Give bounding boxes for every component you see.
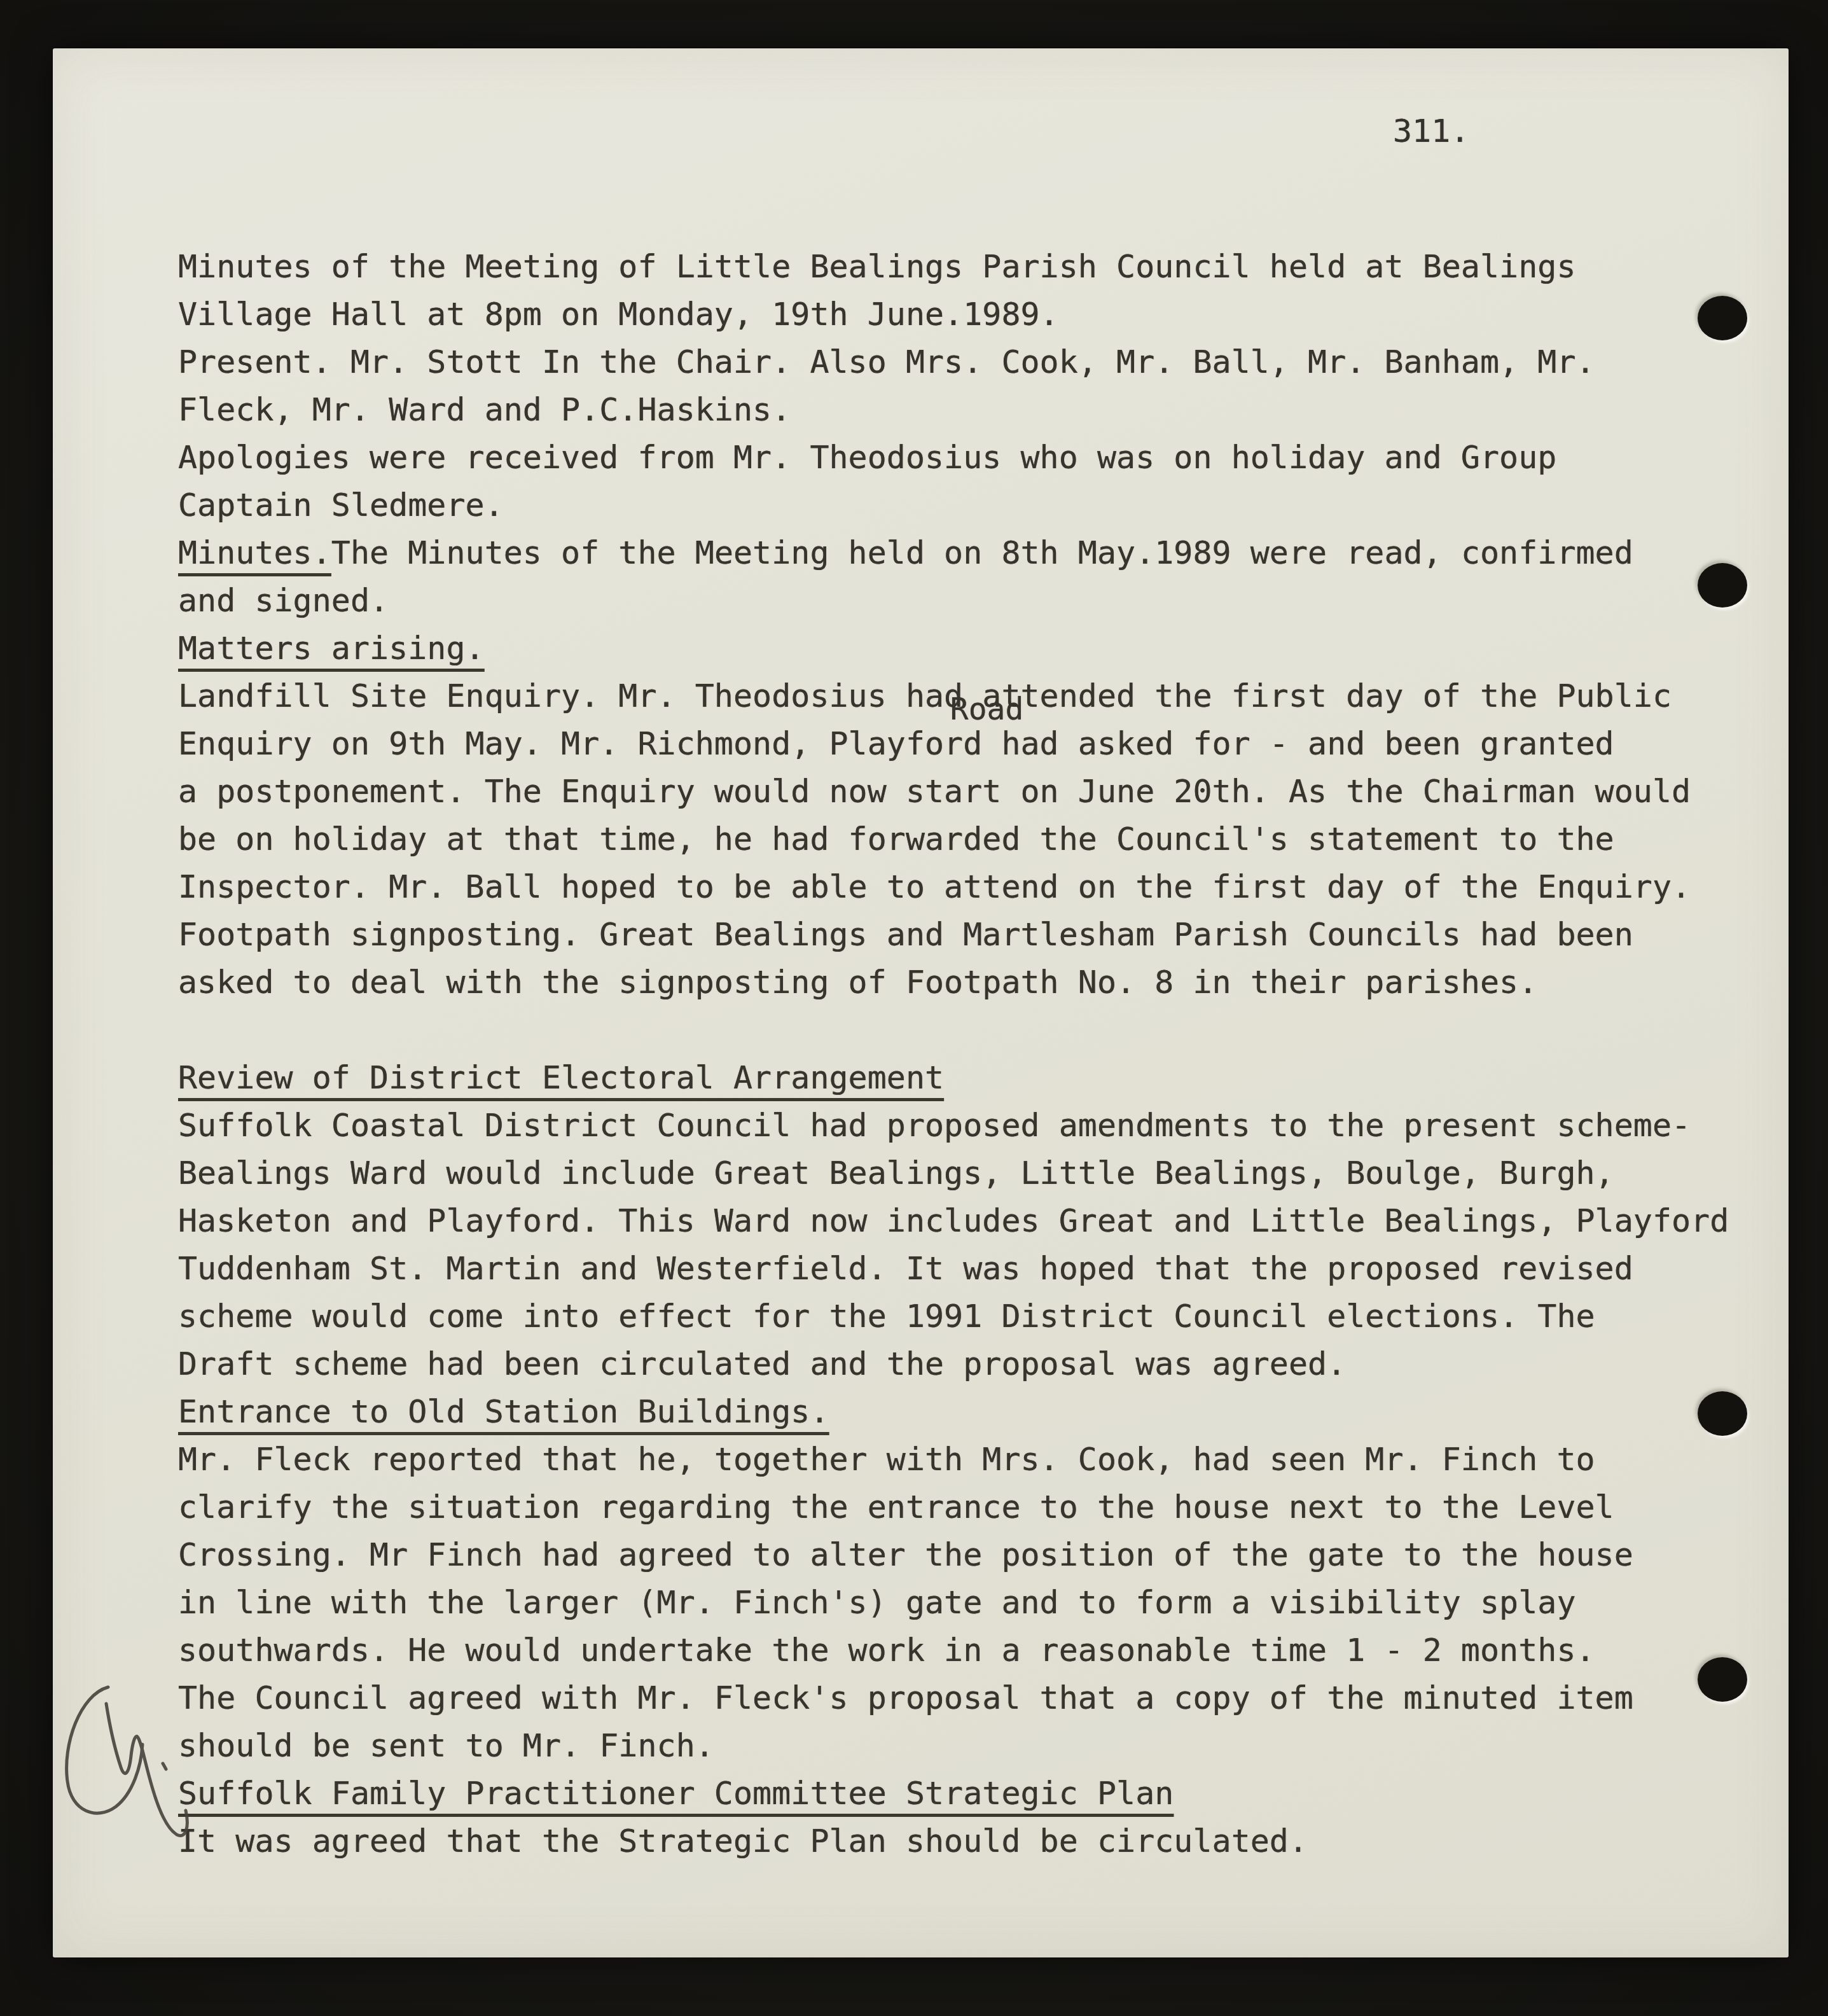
- document-lines: Minutes of the Meeting of Little Bealing…: [178, 243, 1729, 1865]
- document-page: 311. Minutes of the Meeting of Little Be…: [53, 48, 1789, 1957]
- document-line: in line with the larger (Mr. Finch's) ga…: [178, 1579, 1729, 1627]
- document-line: Inspector. Mr. Ball hoped to be able to …: [178, 863, 1729, 911]
- scan-background: 311. Minutes of the Meeting of Little Be…: [0, 0, 1828, 2016]
- text-segment: Village Hall at 8pm on Monday, 19th June…: [178, 296, 1059, 333]
- document-line: The Council agreed with Mr. Fleck's prop…: [178, 1674, 1729, 1722]
- document-line: Bealings Ward would include Great Bealin…: [178, 1150, 1729, 1197]
- document-line: be on holiday at that time, he had forwa…: [178, 816, 1729, 863]
- text-segment: be on holiday at that time, he had forwa…: [178, 821, 1614, 858]
- document-line: Village Hall at 8pm on Monday, 19th June…: [178, 291, 1729, 338]
- text-segment: Tuddenham St. Martin and Westerfield. It…: [178, 1250, 1633, 1287]
- document-line: should be sent to Mr. Finch.: [178, 1722, 1729, 1770]
- text-segment: Captain Sledmere.: [178, 487, 504, 524]
- text-segment: asked to deal with the signposting of Fo…: [178, 964, 1537, 1001]
- text-segment: Present. Mr. Stott In the Chair. Also Mr…: [178, 344, 1595, 380]
- text-segment: Suffolk Coastal District Council had pro…: [178, 1107, 1691, 1144]
- document-line: Present. Mr. Stott In the Chair. Also Mr…: [178, 338, 1729, 386]
- text-segment: Crossing. Mr Finch had agreed to alter t…: [178, 1536, 1633, 1573]
- document-line: scheme would come into effect for the 19…: [178, 1293, 1729, 1340]
- text-segment: It was agreed that the Strategic Plan sh…: [178, 1823, 1308, 1860]
- text-segment: southwards. He would undertake the work …: [178, 1632, 1595, 1669]
- document-line: southwards. He would undertake the work …: [178, 1627, 1729, 1674]
- document-line: Entrance to Old Station Buildings.: [178, 1388, 1729, 1436]
- hole-punch: [1698, 1657, 1747, 1702]
- document-line: Apologies were received from Mr. Theodos…: [178, 434, 1729, 482]
- text-segment: The Council agreed with Mr. Fleck's prop…: [178, 1679, 1633, 1716]
- document-line: Crossing. Mr Finch had agreed to alter t…: [178, 1531, 1729, 1579]
- document-line: It was agreed that the Strategic Plan sh…: [178, 1818, 1729, 1865]
- text-segment: The Minutes of the Meeting held on 8th M…: [331, 534, 1633, 571]
- text-segment: Mr. Fleck reported that he, together wit…: [178, 1441, 1595, 1478]
- document-line: a postponement. The Enquiry would now st…: [178, 768, 1729, 816]
- underlined-text: Matters arising.: [178, 630, 485, 667]
- underlined-text: Entrance to Old Station Buildings.: [178, 1393, 829, 1430]
- text-segment: Hasketon and Playford. This Ward now inc…: [178, 1202, 1729, 1239]
- hole-punch: [1698, 296, 1747, 340]
- document-line: Suffolk Family Practitioner Committee St…: [178, 1770, 1729, 1818]
- text-segment: Enquiry on 9th May. Mr. Richmond, Playfo…: [178, 725, 1614, 762]
- document-line: clarify the situation regarding the entr…: [178, 1484, 1729, 1531]
- underlined-text: Review of District Electoral Arrangement: [178, 1059, 944, 1096]
- text-segment: scheme would come into effect for the 19…: [178, 1298, 1595, 1335]
- text-segment: clarify the situation regarding the entr…: [178, 1489, 1614, 1526]
- document-line: Suffolk Coastal District Council had pro…: [178, 1102, 1729, 1150]
- inserted-correction-text: Road: [950, 694, 1024, 725]
- text-segment: Landfill Site Enquiry. Mr. Theodosius ha…: [178, 678, 1672, 714]
- text-segment: Footpath signposting. Great Bealings and…: [178, 916, 1633, 953]
- document-line: Mr. Fleck reported that he, together wit…: [178, 1436, 1729, 1484]
- hole-punch: [1698, 1391, 1747, 1436]
- text-segment: should be sent to Mr. Finch.: [178, 1727, 714, 1764]
- document-line: Enquiry on 9th May. Mr. Richmond, Playfo…: [178, 720, 1729, 768]
- document-line: Tuddenham St. Martin and Westerfield. It…: [178, 1245, 1729, 1293]
- document-line: Review of District Electoral Arrangement: [178, 1054, 1729, 1102]
- document-line: and signed.: [178, 577, 1729, 625]
- document-line: Hasketon and Playford. This Ward now inc…: [178, 1197, 1729, 1245]
- document-line: Draft scheme had been circulated and the…: [178, 1340, 1729, 1388]
- text-segment: Apologies were received from Mr. Theodos…: [178, 439, 1556, 476]
- text-segment: Fleck, Mr. Ward and P.C.Haskins.: [178, 391, 791, 428]
- document-line: Matters arising.: [178, 625, 1729, 672]
- document-line: asked to deal with the signposting of Fo…: [178, 959, 1729, 1006]
- document-line: Captain Sledmere.: [178, 482, 1729, 529]
- text-segment: in line with the larger (Mr. Finch's) ga…: [178, 1584, 1576, 1621]
- text-segment: Minutes of the Meeting of Little Bealing…: [178, 248, 1576, 285]
- text-segment: Inspector. Mr. Ball hoped to be able to …: [178, 868, 1691, 905]
- hole-punch: [1698, 563, 1747, 608]
- text-segment: and signed.: [178, 582, 389, 619]
- text-segment: a postponement. The Enquiry would now st…: [178, 773, 1691, 810]
- document-line: Fleck, Mr. Ward and P.C.Haskins.: [178, 386, 1729, 434]
- text-segment: Bealings Ward would include Great Bealin…: [178, 1155, 1614, 1192]
- text-segment: Draft scheme had been circulated and the…: [178, 1345, 1346, 1382]
- document-line: Footpath signposting. Great Bealings and…: [178, 911, 1729, 959]
- document-line: Minutes of the Meeting of Little Bealing…: [178, 243, 1729, 291]
- document-line: Minutes.The Minutes of the Meeting held …: [178, 529, 1729, 577]
- underlined-text: Minutes.: [178, 534, 331, 571]
- page-number: 311.: [1393, 112, 1469, 150]
- underlined-text: Suffolk Family Practitioner Committee St…: [178, 1775, 1174, 1812]
